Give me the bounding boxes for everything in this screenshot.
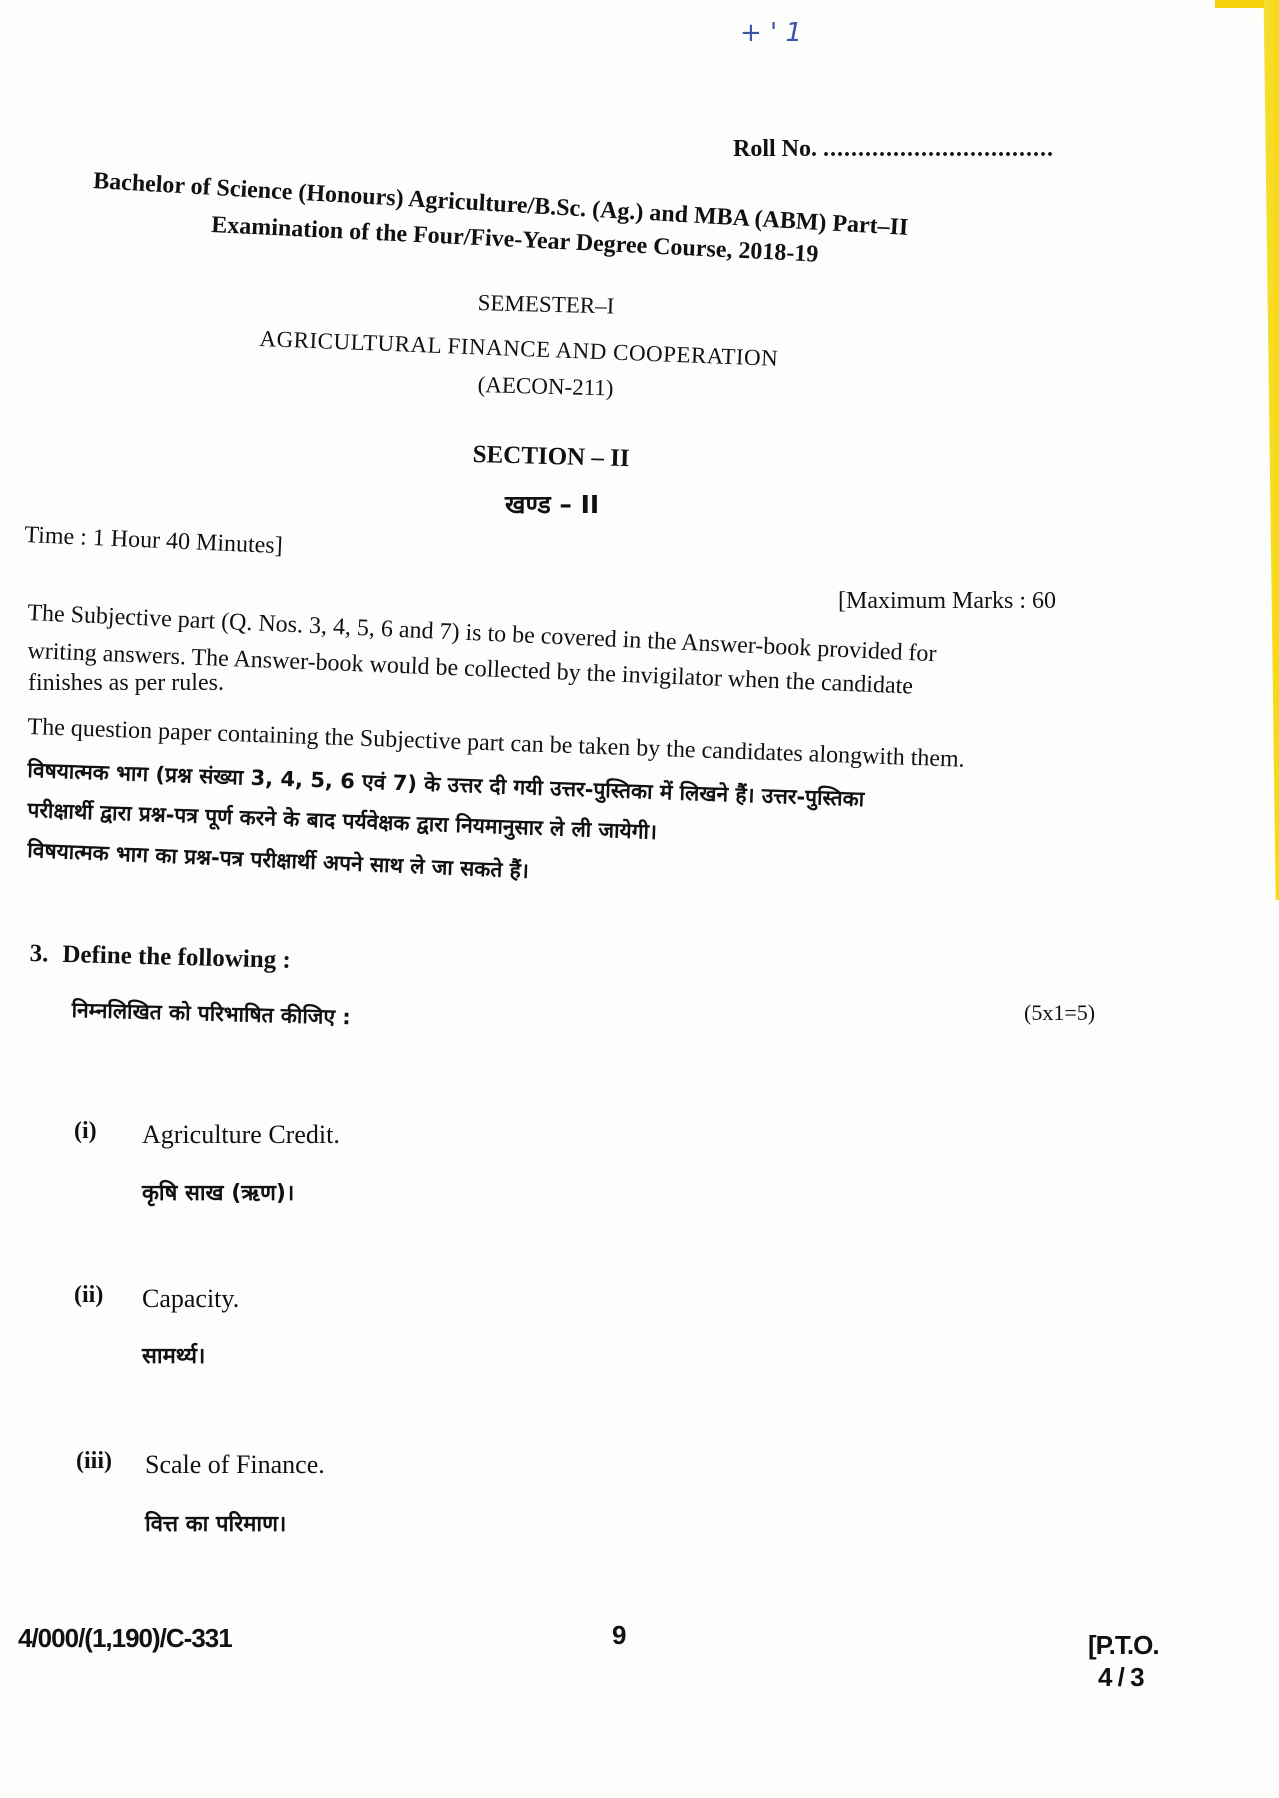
roll-number-field: Roll No. ...............................… <box>733 136 1054 163</box>
course-code: (AECON-211) <box>477 372 613 402</box>
time-allowed: Time : 1 Hour 40 Minutes] <box>24 522 283 560</box>
paper-edge-yellow <box>1257 0 1279 900</box>
item-term-en: Capacity. <box>142 1284 239 1314</box>
item-number: (i) <box>74 1118 97 1145</box>
handwritten-mark: + ' 1 <box>740 18 802 48</box>
page-number: 9 <box>612 1620 625 1651</box>
item-term-hi: वित्त का परिमाण। <box>145 1508 286 1538</box>
question-prompt-hi: निम्नलिखित को परिभाषित कीजिए : <box>71 996 351 1031</box>
question-marks: (5x1=5) <box>1024 1000 1095 1026</box>
section-heading-hi: खण्ड – II <box>505 487 599 521</box>
item-term-hi: कृषि साख (ऋण)। <box>142 1177 294 1207</box>
paper-code: 4/000/(1,190)/C-331 <box>18 1623 232 1654</box>
instruction-en-line-3: finishes as per rules. <box>28 670 224 697</box>
sheet-number: 4 / 3 <box>1098 1662 1144 1693</box>
instruction-hi-line-3: विषयात्मक भाग का प्रश्न-पत्र परीक्षार्थी… <box>27 836 530 885</box>
question-number: 3. <box>29 940 48 967</box>
instruction-hi-line-2: परीक्षार्थी द्वारा प्रश्न-पत्र पूर्ण करन… <box>27 796 657 846</box>
roll-number-blank: ................................. <box>823 136 1054 162</box>
item-term-en: Agriculture Credit. <box>142 1120 340 1150</box>
section-heading-en: SECTION – II <box>472 441 630 473</box>
item-term-en: Scale of Finance. <box>145 1450 325 1480</box>
item-number: (iii) <box>76 1448 112 1475</box>
question-3-prompt: 3.Define the following : <box>29 940 291 975</box>
roll-number-label: Roll No. <box>733 136 817 162</box>
item-number: (ii) <box>74 1282 103 1309</box>
please-turn-over: [P.T.O. <box>1088 1630 1159 1661</box>
question-prompt-en: Define the following : <box>62 941 291 974</box>
course-title: AGRICULTURAL FINANCE AND COOPERATION <box>259 326 779 372</box>
item-term-hi: सामर्थ्य। <box>142 1340 205 1370</box>
maximum-marks: [Maximum Marks : 60 <box>838 588 1056 615</box>
semester-label: SEMESTER–I <box>477 290 614 320</box>
